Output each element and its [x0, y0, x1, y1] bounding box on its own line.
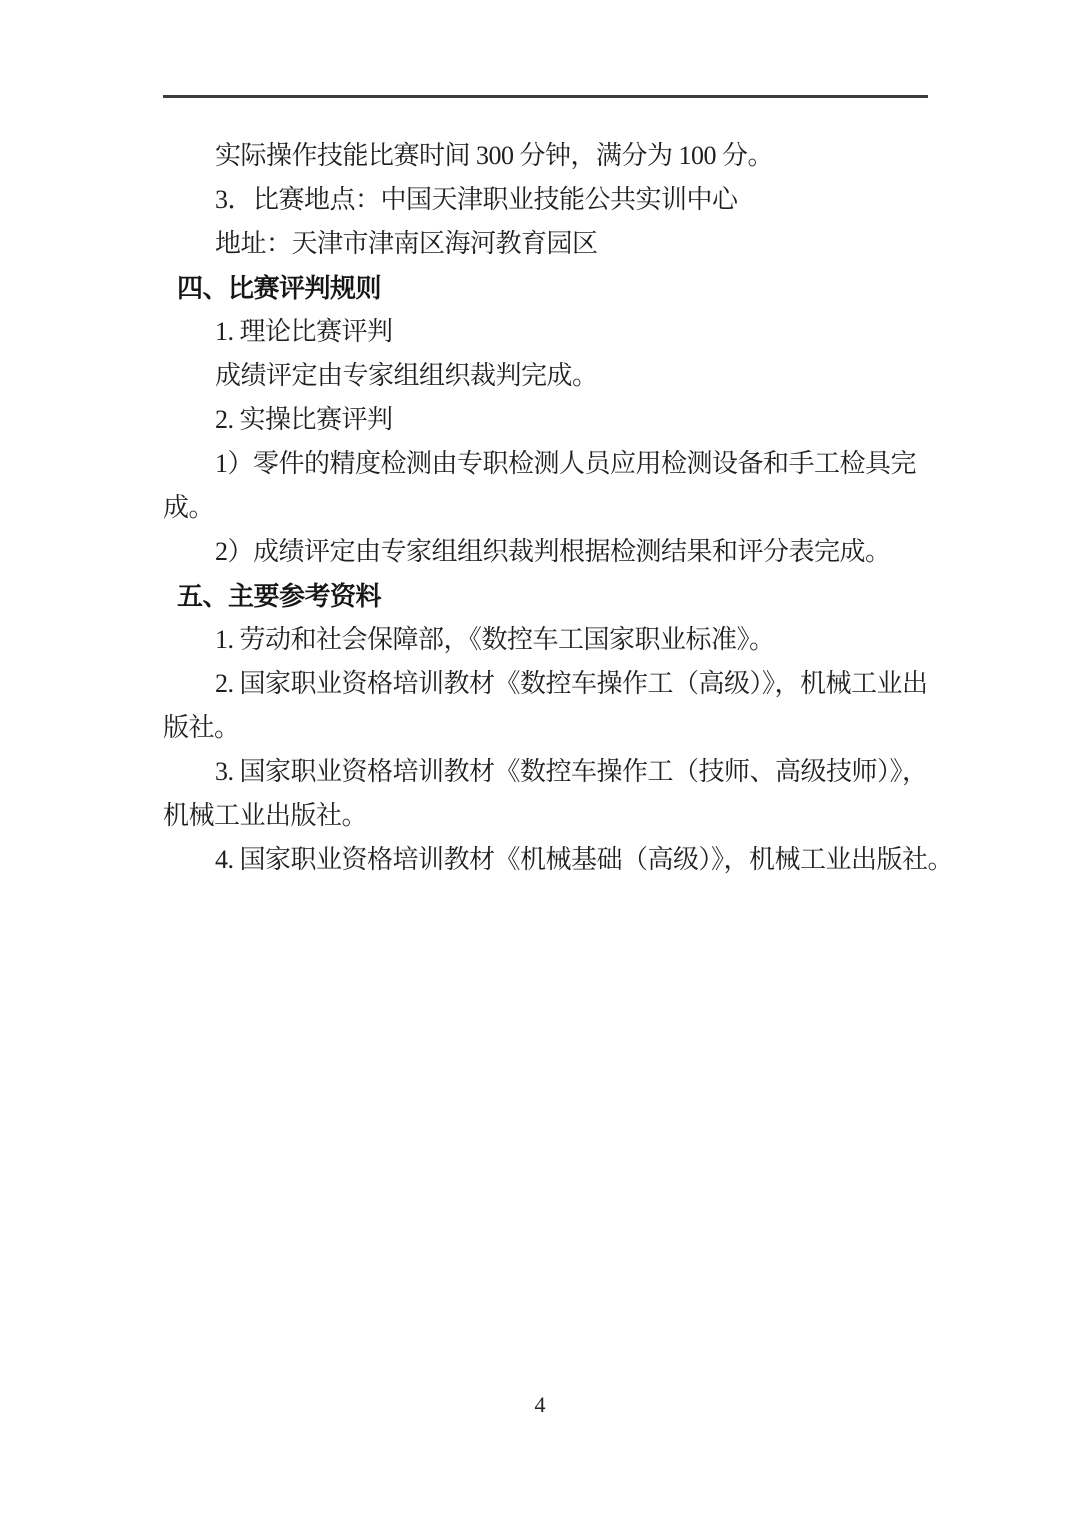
- para-reference-3-line1: 3. 国家职业资格培训教材《数控车操作工（技师、高级技师）》，: [163, 750, 983, 794]
- para-practical-skill-time: 实际操作技能比赛时间 300 分钟，满分为 100 分。: [163, 134, 983, 178]
- para-theory-judging: 1. 理论比赛评判: [163, 310, 983, 354]
- page-number: 4: [535, 1392, 546, 1417]
- para-precision-inspection-line2: 成。: [163, 486, 983, 530]
- para-score-by-expert-group: 成绩评定由专家组组织裁判完成。: [163, 354, 983, 398]
- document-body: 实际操作技能比赛时间 300 分钟，满分为 100 分。 3．比赛地点：中国天津…: [163, 134, 983, 882]
- para-reference-4: 4. 国家职业资格培训教材《机械基础（高级）》，机械工业出版社。: [163, 838, 983, 882]
- heading-section-5-references: 五、主要参考资料: [163, 574, 983, 618]
- para-reference-1: 1. 劳动和社会保障部，《数控车工国家职业标准》。: [163, 618, 983, 662]
- heading-section-4-judging-rules: 四、比赛评判规则: [163, 266, 983, 310]
- header-rule: [163, 95, 928, 98]
- para-score-with-scoring-table: 2）成绩评定由专家组组织裁判根据检测结果和评分表完成。: [163, 530, 983, 574]
- para-reference-2-line1: 2. 国家职业资格培训教材《数控车操作工（高级）》，机械工业出: [163, 662, 983, 706]
- para-reference-3-line2: 机械工业出版社。: [163, 794, 983, 838]
- para-competition-venue: 3．比赛地点：中国天津职业技能公共实训中心: [163, 178, 983, 222]
- document-page: 实际操作技能比赛时间 300 分钟，满分为 100 分。 3．比赛地点：中国天津…: [0, 0, 1080, 1526]
- page-footer: 4: [0, 1392, 1080, 1418]
- para-practical-judging: 2. 实操比赛评判: [163, 398, 983, 442]
- para-address: 地址：天津市津南区海河教育园区: [163, 222, 983, 266]
- para-precision-inspection-line1: 1）零件的精度检测由专职检测人员应用检测设备和手工检具完: [163, 442, 983, 486]
- para-reference-2-line2: 版社。: [163, 706, 983, 750]
